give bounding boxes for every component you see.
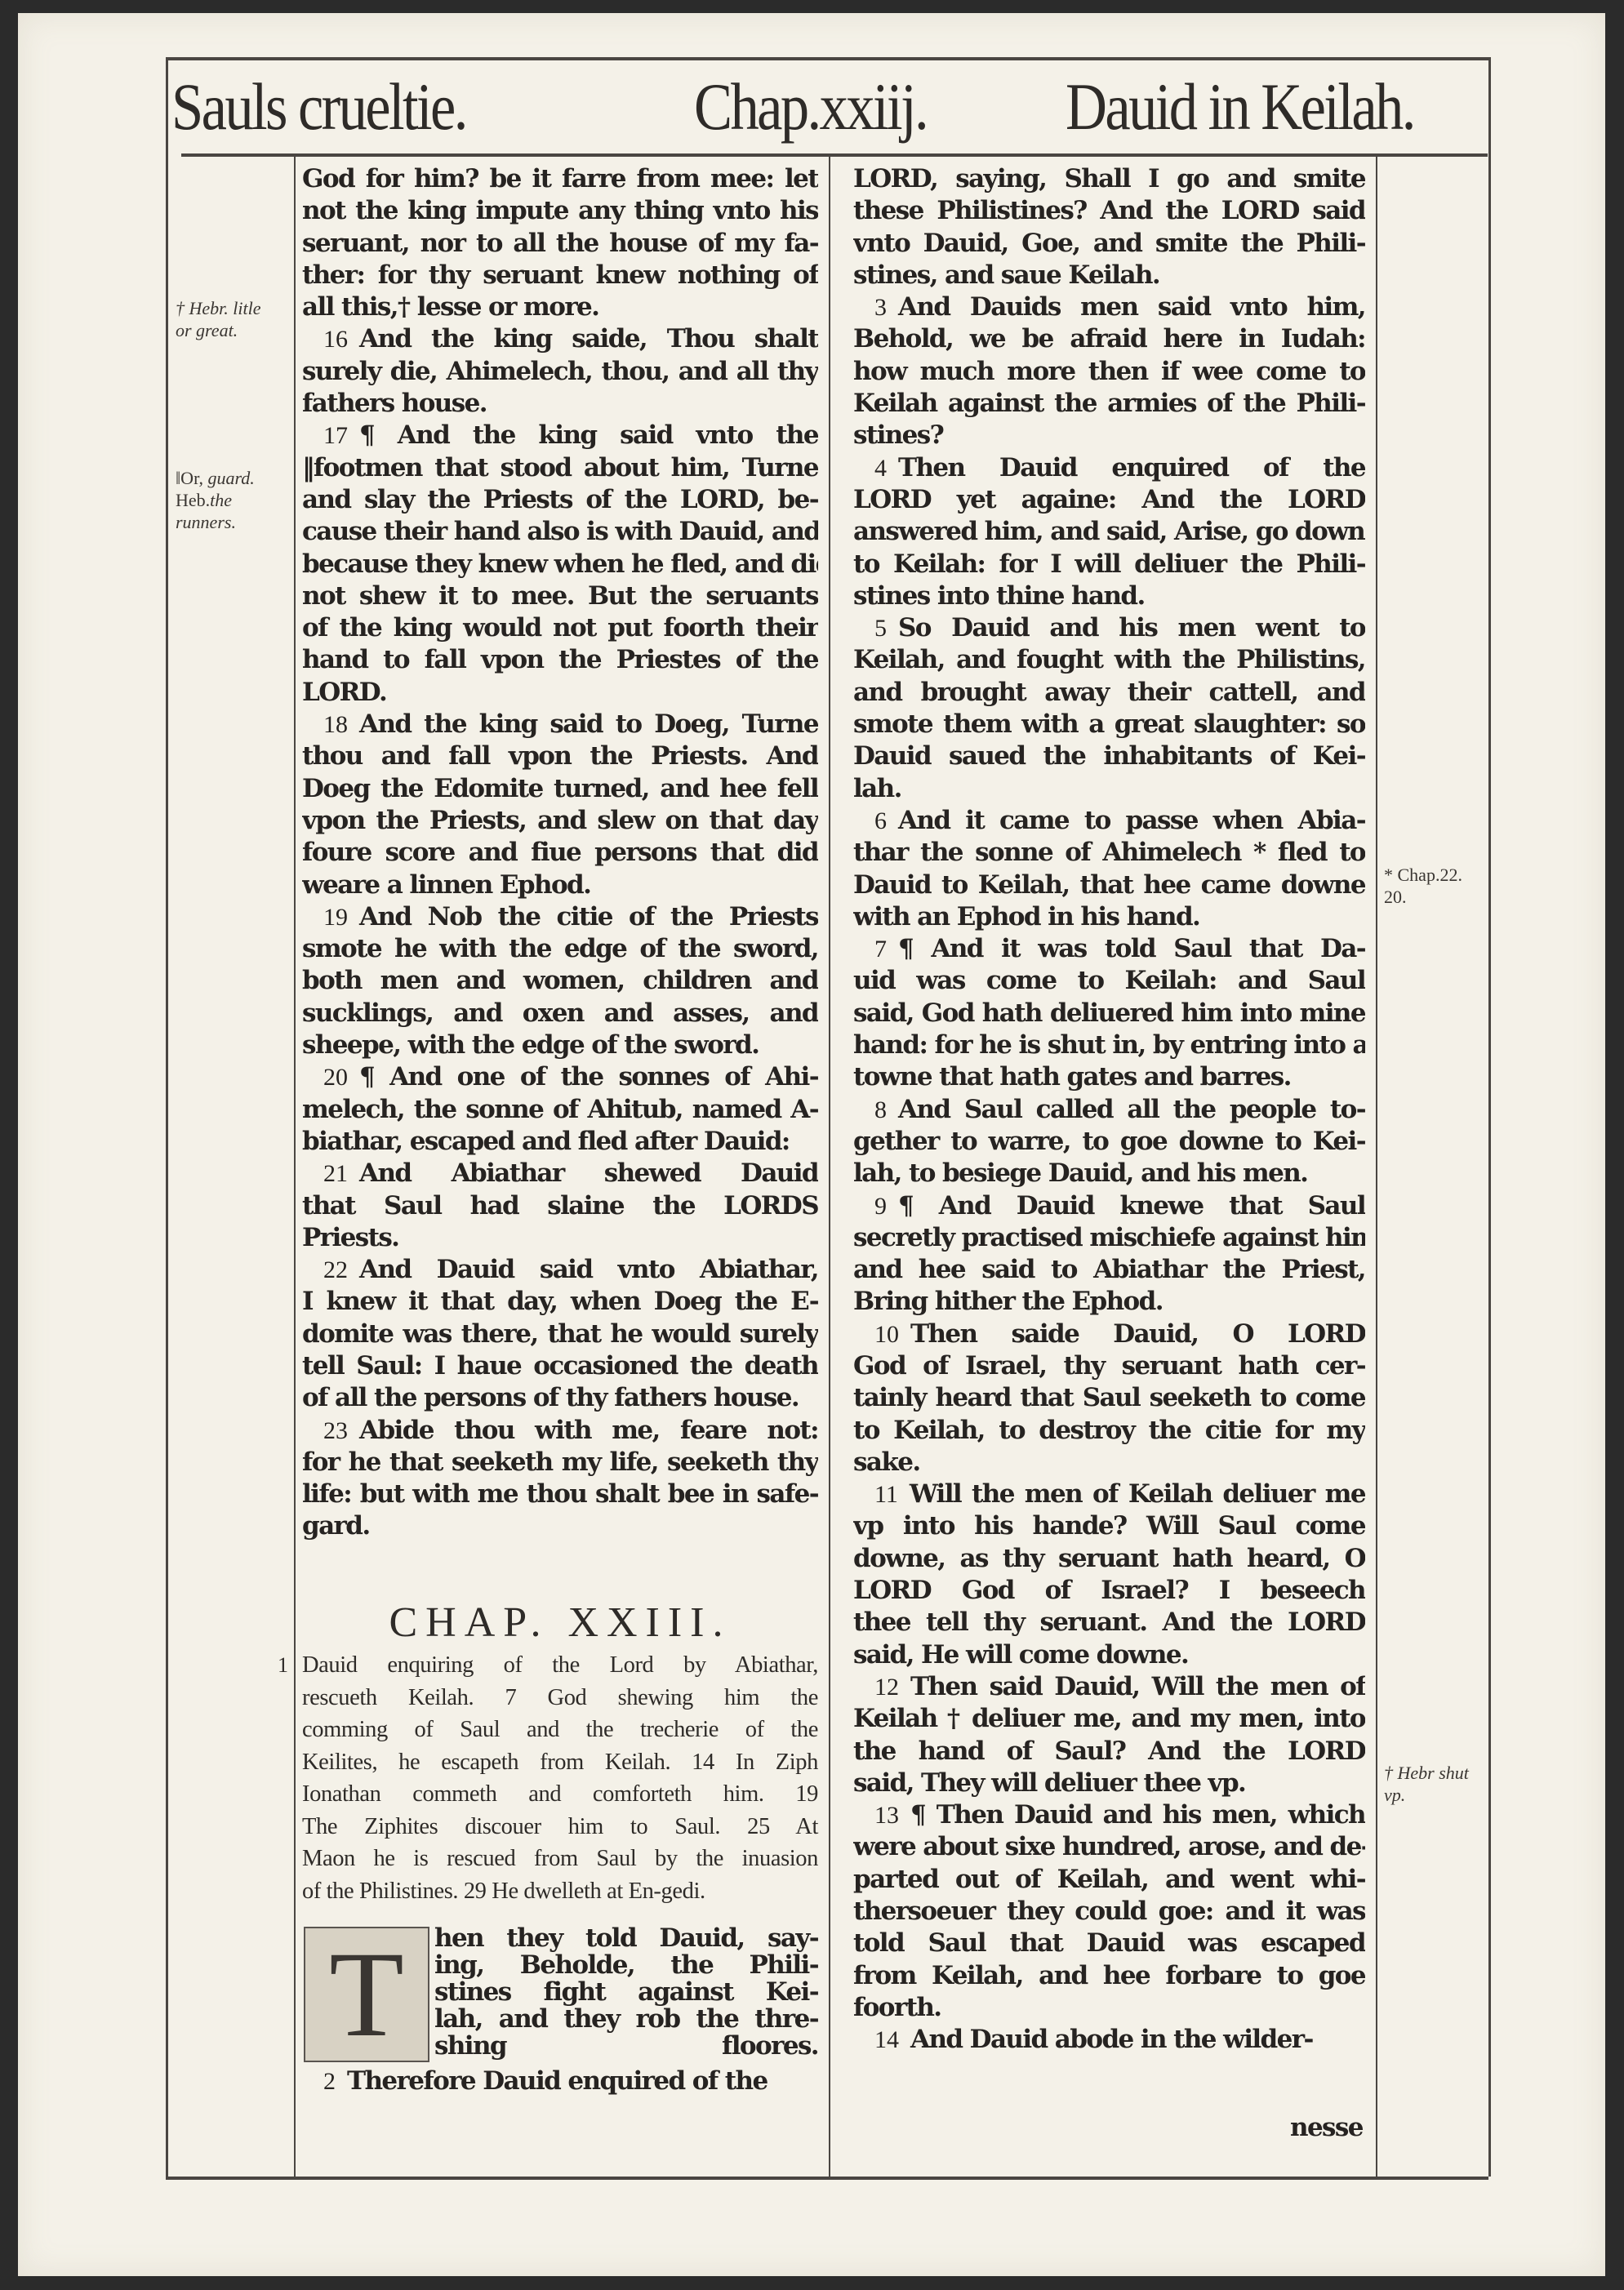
verse-number: 21 [323,1160,348,1187]
text-line: said, He will come downe. [853,1639,1365,1671]
text-line: the hand of Saul? And the LORD [853,1736,1365,1768]
verse-number: 10 [874,1321,899,1348]
text-line: sake. [853,1447,1365,1478]
margin-note-line: guard. [208,468,255,488]
verse-number: 2 [323,2068,336,2095]
verse-number: 16 [323,326,348,353]
text-line: secretly practised mischiefe against him… [853,1222,1365,1254]
verse-number: 23 [323,1417,348,1444]
text-line: shing floores. [434,2033,818,2060]
margin-note-or-guard: ‖Or, guard. Heb.the runners. [176,467,290,533]
text-line: hen they told Dauid, say- [434,1925,818,1952]
text-line: stines fight against Kei- [434,1979,818,2006]
text-line: foorth. [853,1992,1365,2024]
text-line: vpon the Priests, and slew on that day [302,805,818,837]
text-line: stines? [853,420,1365,451]
running-head: Sauls crueltie. Chap.xxiij. Dauid in Kei… [171,62,1486,152]
bottom-rule [166,2177,1488,2180]
margin-note-chap-22: * Chap.22. 20. [1384,864,1482,908]
text-line: 20¶ And one of the sonnes of Ahi- [302,1061,818,1093]
text-line: these Philistines? And the LORD said [853,195,1365,227]
summary-line: Ionathan commeth and comforteth him. 19 [302,1778,818,1811]
text-line: and hee said to Abiathar the Priest, [853,1254,1365,1286]
text-line: hand to fall vpon the Priestes of the [302,644,818,676]
text-line: vnto Dauid, Goe, and smite the Phili- [853,228,1365,260]
verse-number: 7 [874,936,887,963]
verse-number: 4 [874,455,887,482]
text-line: smote them with a great slaughter: so [853,709,1365,740]
text-line: towne that hath gates and barres. [853,1061,1365,1093]
text-line: thersoeuer they could goe: and it was [853,1896,1365,1928]
text-line: life: but with me thou shalt bee in safe… [302,1478,818,1510]
text-line: I knew it that day, when Doeg the E- [302,1286,818,1318]
text-line: and slay the Priests of the LORD, be- [302,484,818,516]
margin-note-line: vp. [1384,1784,1482,1806]
text-line: 11Will the men of Keilah deliuer me [853,1478,1365,1510]
text-line: tell Saul: I haue occasioned the death [302,1350,818,1382]
text-line: 17¶ And the king said vnto the [302,420,818,451]
text-line: that Saul had slaine the LORDS [302,1190,818,1222]
verse-text: Therefore Dauid enquired of the [347,2066,768,2096]
text-line: 4Then Dauid enquired of the [853,452,1365,484]
verse-1-text: hen they told Dauid, say-ing, Beholde, t… [434,1925,818,2060]
text-line: seruant, nor to all the house of my fa- [302,228,818,260]
chapter-summary: 1 Dauid enquiring of the Lord by Abiatha… [302,1649,818,1907]
text-line: with an Ephod in his hand. [853,901,1365,933]
text-line: said, They will deliuer thee vp. [853,1768,1365,1799]
verse-number: 14 [874,2026,899,2053]
text-line: LORD God of Israel? I beseech [853,1575,1365,1607]
text-line: gether to warre, to goe downe to Kei- [853,1126,1365,1158]
verse-number: 12 [874,1674,899,1701]
running-head-left: Sauls crueltie. [171,62,466,152]
text-line: 16And the king saide, Thou shalt [302,323,818,355]
text-line: because they knew when he fled, and did [302,549,818,580]
text-line: LORD yet againe: And the LORD [853,484,1365,516]
decorated-initial: T [304,1927,429,2062]
text-line: all this,† lesse or more. [302,291,818,323]
text-line: Dauid to Keilah, that hee came downe [853,869,1365,901]
text-line: hand: for he is shut in, by entring into… [853,1029,1365,1061]
summary-number: 1 [278,1649,288,1682]
margin-note-line: or great. [176,319,290,341]
initial-letter: T [305,1928,428,2061]
text-line: God of Israel, thy seruant hath cer- [853,1350,1365,1382]
chapter-heading: CHAP. XXIII. [302,1599,818,1647]
summary-line: rescueth Keilah. 7 God shewing him the [302,1682,818,1714]
summary-line: of the Philistines. 29 He dwelleth at En… [302,1875,818,1908]
text-line: God for him? be it farre from mee: let [302,163,818,195]
text-line: 14And Dauid abode in the wilder- [853,2024,1365,2056]
text-line: fathers house. [302,388,818,420]
text-line: from Keilah, and hee forbare to goe [853,1960,1365,1992]
text-line: sucklings, and oxen and asses, and [302,998,818,1029]
text-line: downe, as thy seruant hath heard, O [853,1543,1365,1575]
text-line: biathar, escaped and fled after Dauid: [302,1126,818,1158]
margin-note-hebr-shut: † Hebr shut vp. [1384,1762,1482,1806]
text-line: Keilah against the armies of the Phili- [853,388,1365,420]
margin-note-line: † Hebr. litle [176,297,290,319]
text-line: of the king would not put foorth their [302,612,818,644]
text-line: said, God hath deliuered him into mine [853,998,1365,1029]
margin-note-line: * Chap.22. [1384,864,1482,886]
text-line: weare a linnen Ephod. [302,869,818,901]
text-line: 19And Nob the citie of the Priests [302,901,818,933]
text-line: foure score and fiue persons that did [302,837,818,869]
text-line: Keilah † deliuer me, and my men, into [853,1703,1365,1735]
text-line: Behold, we be afraid here in Iudah: [853,323,1365,355]
text-line: melech, the sonne of Ahitub, named A- [302,1094,818,1126]
text-line: Doeg the Edomite turned, and hee fell [302,773,818,805]
text-line: ing, Beholde, the Phili- [434,1952,818,1979]
text-line: thar the sonne of Ahimelech * fled to [853,837,1365,869]
text-line: sheepe, with the edge of the sword. [302,1029,818,1061]
margin-note-line: ‖Or, [176,468,208,488]
text-line: thee tell thy seruant. And the LORD [853,1607,1365,1639]
text-line: Keilah, and fought with the Philistins, [853,644,1365,676]
margin-note-line: runners. [176,511,290,533]
text-line: 3And Dauids men said vnto him, [853,291,1365,323]
verse-number: 8 [874,1096,887,1123]
text-line: told Saul that Dauid was escaped [853,1928,1365,1959]
left-margin-divider [294,157,296,2177]
text-line: vp into his hande? Will Saul come [853,1510,1365,1542]
right-text-column: LORD, saying, Shall I go and smitethese … [853,163,1365,2057]
text-line: to Keilah: for I will deliuer the Phili- [853,549,1365,580]
margin-note-hebr-litle: † Hebr. litle or great. [176,297,290,341]
verse-number: 6 [874,807,887,834]
text-line: 9¶ And Dauid knewe that Saul [853,1190,1365,1222]
text-line: ‖footmen that stood about him, Turne [302,452,818,484]
text-line: 8And Saul called all the people to- [853,1094,1365,1126]
text-line: thou and fall vpon the Priests. And [302,740,818,772]
text-line: surely die, Ahimelech, thou, and all thy [302,356,818,388]
text-line: 22And Dauid said vnto Abiathar, [302,1254,818,1286]
text-line: tainly heard that Saul seeketh to come [853,1382,1365,1414]
text-line: 6And it came to passe when Abia- [853,805,1365,837]
verse-number: 19 [323,904,348,931]
text-line: how much more then if wee come to [853,356,1365,388]
text-line: 18And the king said to Doeg, Turne [302,709,818,740]
verse-number: 18 [323,711,348,738]
text-line: for he that seeketh my life, seeketh thy [302,1447,818,1478]
text-line: LORD, saying, Shall I go and smite [853,163,1365,195]
summary-line: comming of Saul and the trecherie of the [302,1714,818,1746]
margin-note-line: Heb. [176,490,210,510]
text-line: parted out of Keilah, and went whi- [853,1864,1365,1896]
text-line: to Keilah, to destroy the citie for my [853,1415,1365,1447]
text-line: 7¶ And it was told Saul that Da- [853,933,1365,965]
running-head-right: Dauid in Keilah. [1066,62,1414,152]
summary-line: Dauid enquiring of the Lord by Abiathar, [302,1649,818,1682]
verse-number: 20 [323,1064,348,1091]
text-line: ther: for thy seruant knew nothing of [302,260,818,291]
center-column-divider [829,157,830,2177]
verse-number: 9 [874,1193,887,1220]
text-line: Dauid saued the inhabitants of Kei- [853,740,1365,772]
summary-line: The Ziphites discouer him to Saul. 25 At [302,1811,818,1843]
running-head-chapter: Chap.xxiij. [694,62,927,152]
verse-number: 5 [874,615,887,642]
text-line: were about sixe hundred, arose, and de- [853,1831,1365,1863]
text-line: of all the persons of thy fathers house. [302,1382,818,1414]
margin-note-line: 20. [1384,886,1482,908]
summary-line: Keilites, he escapeth from Keilah. 14 In… [302,1746,818,1779]
text-line: LORD. [302,677,818,709]
text-line: 13¶ Then Dauid and his men, which [853,1799,1365,1831]
summary-line: Maon he is rescued from Saul by the inua… [302,1843,818,1875]
text-line: and brought away their cattell, and [853,677,1365,709]
text-line: stines into thine hand. [853,580,1365,612]
text-line: Priests. [302,1222,818,1254]
text-line: not the king impute any thing vnto his [302,195,818,227]
text-line: stines, and saue Keilah. [853,260,1365,291]
text-line: answered him, and said, Arise, go downe [853,516,1365,548]
text-line: 21And Abiathar shewed Dauid [302,1158,818,1189]
text-line: lah, to besiege Dauid, and his men. [853,1158,1365,1189]
text-line: gard. [302,1510,818,1542]
text-line: cause their hand also is with Dauid, and [302,516,818,548]
text-line: lah. [853,773,1365,805]
text-line: 10Then saide Dauid, O LORD [853,1318,1365,1350]
verse-number: 3 [874,294,887,321]
text-line: lah, and they rob the thre- [434,2006,818,2033]
margin-note-line: the [210,490,232,510]
text-line: smote he with the edge of the sword, [302,933,818,965]
verse-number: 13 [874,1802,899,1829]
verse-2-line: 2Therefore Dauid enquired of the [302,2065,818,2097]
text-line: 12Then said Dauid, Will the men of [853,1671,1365,1703]
text-line: Bring hither the Ephod. [853,1286,1365,1318]
verse-number: 17 [323,422,348,449]
right-margin-divider [1376,157,1377,2177]
text-line: 5So Dauid and his men went to [853,612,1365,644]
verse-number: 22 [323,1256,348,1283]
text-line: not shew it to mee. But the seruants [302,580,818,612]
text-line: uid was come to Keilah: and Saul [853,965,1365,997]
text-line: domite was there, that he would surely [302,1318,818,1350]
catchword: nesse [1290,2113,1363,2142]
text-line: 23Abide thou with me, feare not: [302,1415,818,1447]
text-line: both men and women, children and [302,965,818,997]
verse-number: 11 [874,1481,898,1508]
margin-note-line: † Hebr shut [1384,1762,1482,1784]
left-text-column: God for him? be it farre from mee: letno… [302,163,818,1543]
